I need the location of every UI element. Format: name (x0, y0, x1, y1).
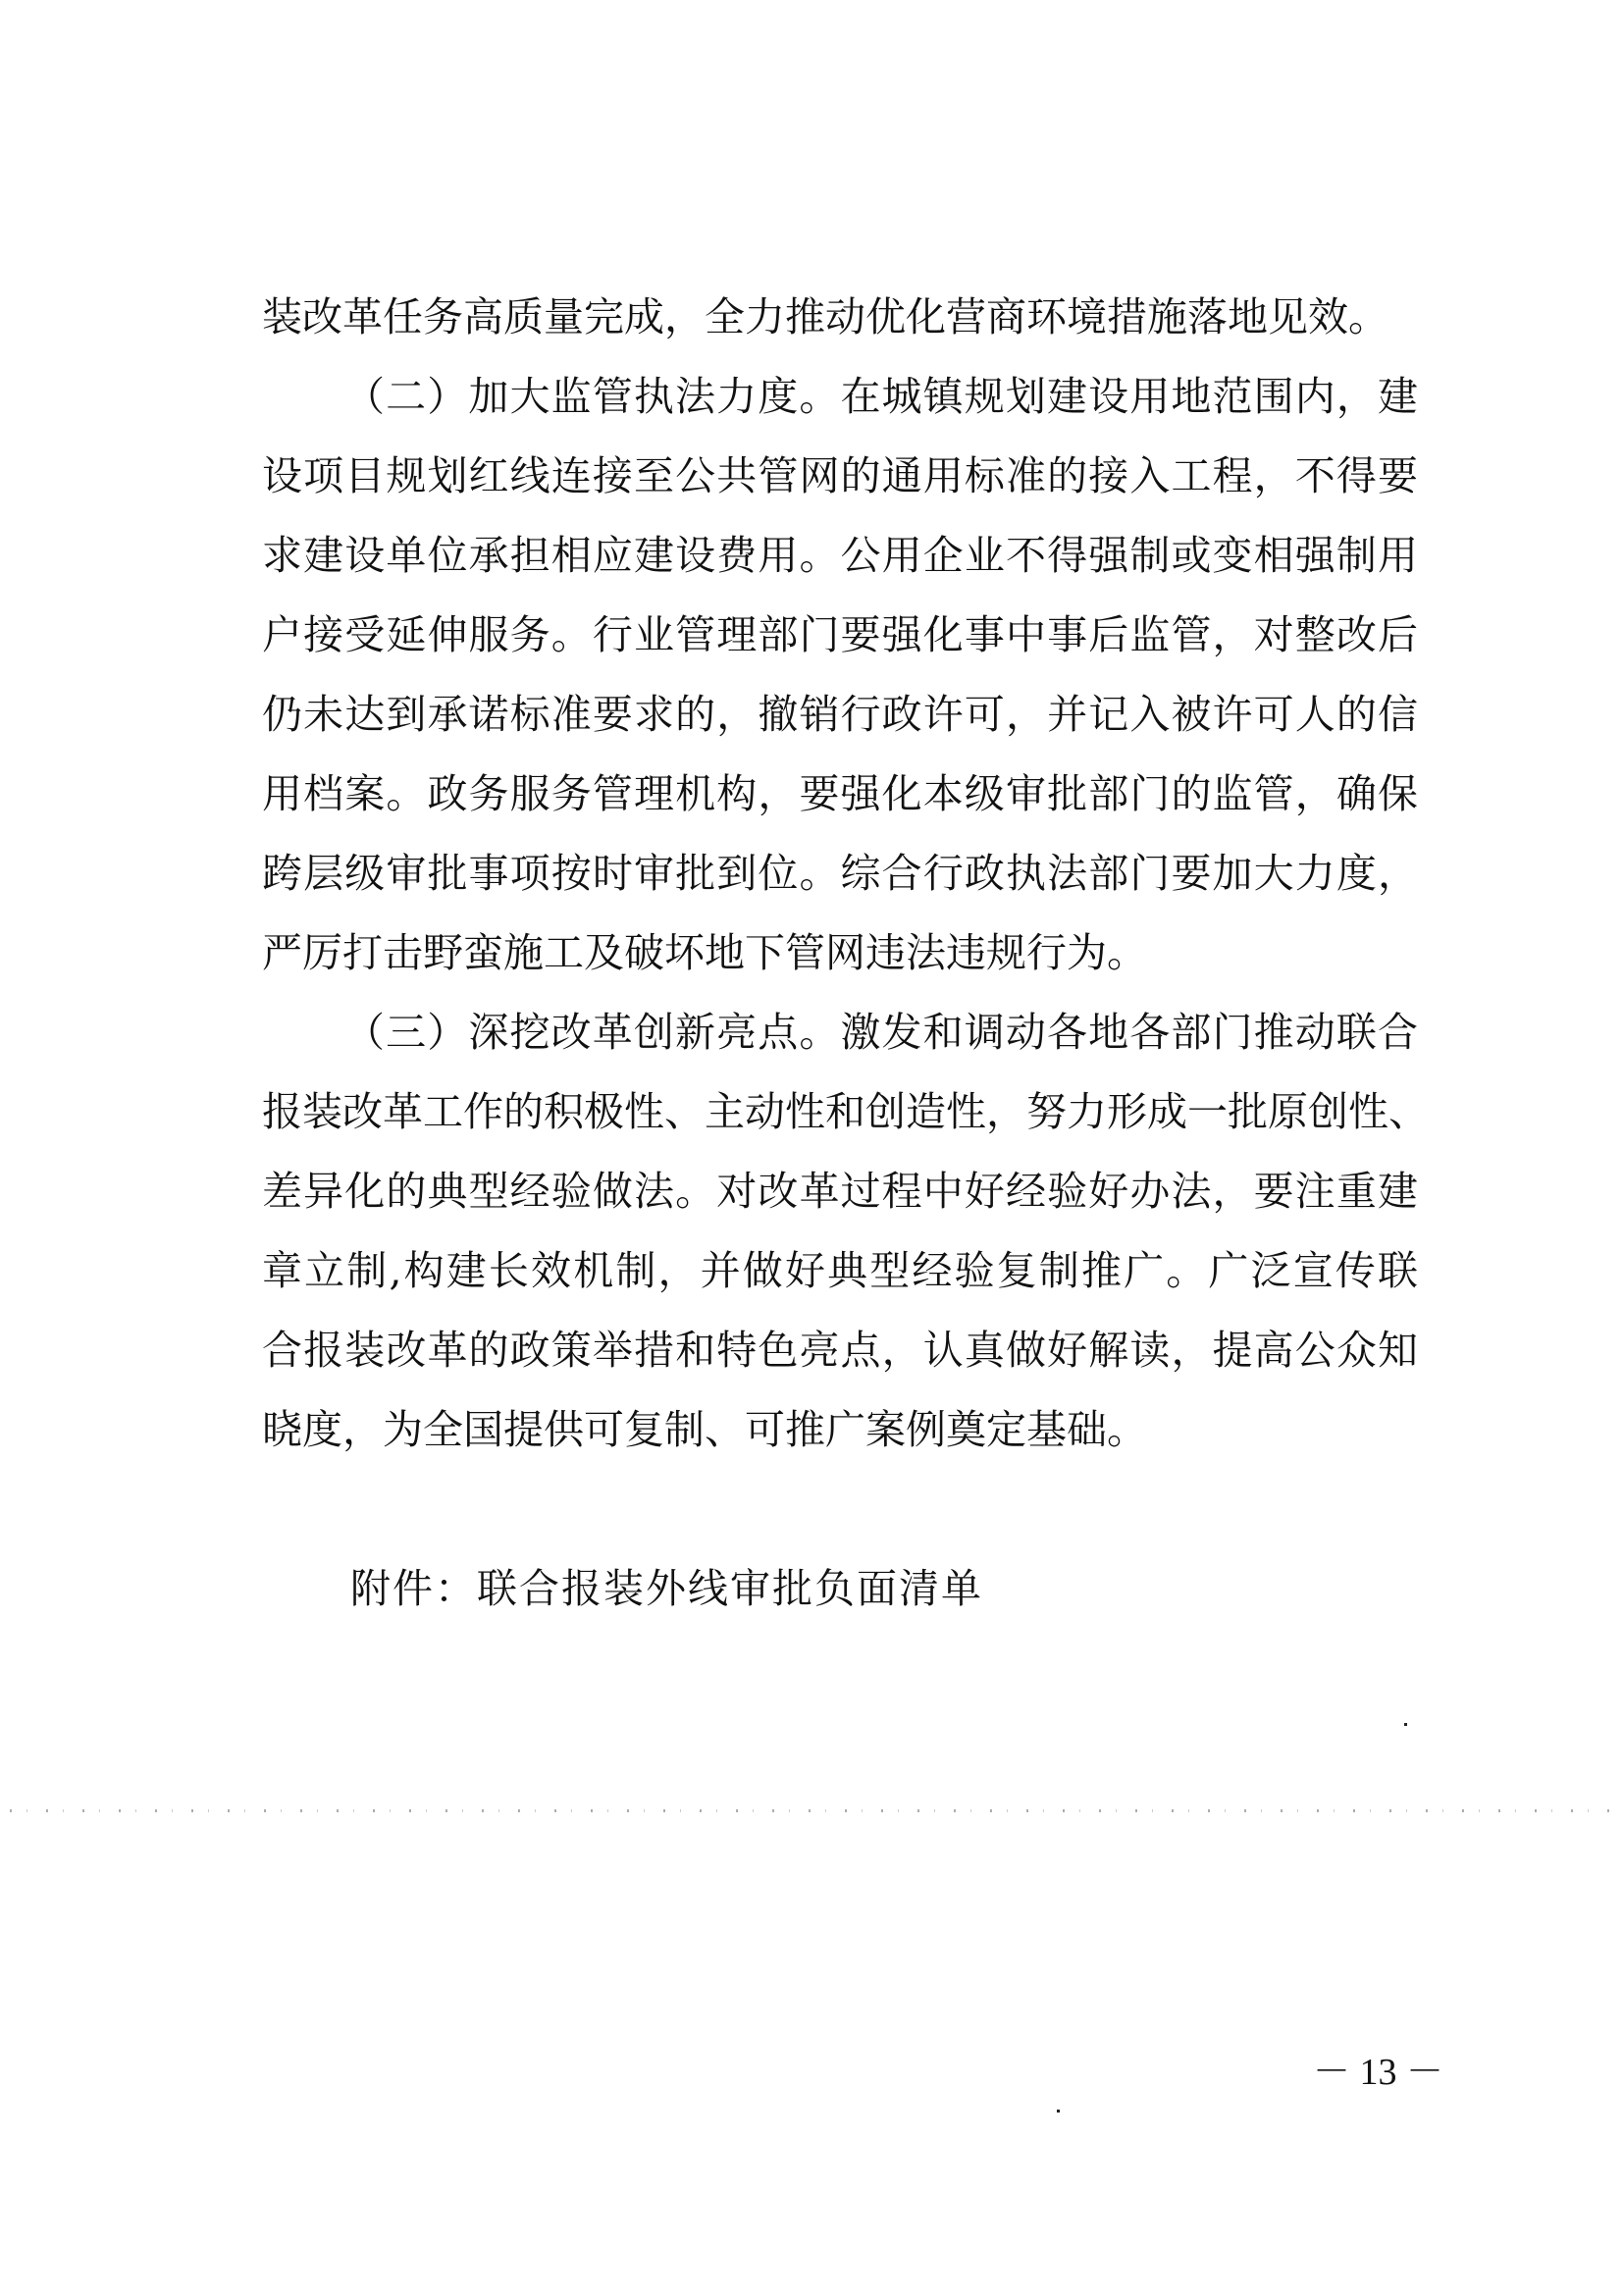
section-2-line: 严厉打击野蛮施工及破坏地下管网违法违规行为。 (262, 913, 1418, 993)
section-3-line: 报装改革工作的积极性、主动性和创造性，努力形成一批原创性、 (262, 1072, 1418, 1152)
section-3-heading-line: （三）深挖改革创新亮点。激发和调动各地各部门推动联合 (262, 993, 1418, 1072)
section-2-line: 户接受延伸服务。行业管理部门要强化事中事后监管，对整改后 (262, 596, 1418, 675)
section-3-line: 合报装改革的政策举措和特色亮点，认真做好解读，提高公众知 (262, 1311, 1418, 1390)
scan-noise-dot (1404, 1723, 1407, 1726)
document-page: 装改革任务高质量完成，全力推动优化营商环境措施落地见效。 （二）加大监管执法力度… (0, 0, 1623, 2296)
scan-noise-dot (1057, 2110, 1060, 2113)
section-3-line: 章立制,构建长效机制，并做好典型经验复制推广。广泛宣传联 (262, 1231, 1418, 1311)
section-3-line: 差异化的典型经验做法。对改革过程中好经验好办法，要注重建 (262, 1152, 1418, 1231)
section-2-line: 求建设单位承担相应建设费用。公用企业不得强制或变相强制用 (262, 516, 1418, 596)
section-2-line: 设项目规划红线连接至公共管网的通用标准的接入工程，不得要 (262, 437, 1418, 516)
section-2-heading-line: （二）加大监管执法力度。在城镇规划建设用地范围内，建 (262, 357, 1418, 437)
scan-artifact-divider (10, 1809, 1613, 1812)
paragraph-continuation-line: 装改革任务高质量完成，全力推动优化营商环境措施落地见效。 (262, 278, 1418, 357)
section-3-line: 晓度，为全国提供可复制、可推广案例奠定基础。 (262, 1390, 1418, 1470)
page-number: － 13 － (1313, 2049, 1431, 2096)
section-2-line: 跨层级审批事项按时审批到位。综合行政执法部门要加大力度， (262, 834, 1418, 913)
blank-line (262, 1470, 1418, 1549)
attachment-note: 附件：联合报装外线审批负面清单 (262, 1549, 1418, 1629)
body-text: 装改革任务高质量完成，全力推动优化营商环境措施落地见效。 （二）加大监管执法力度… (262, 278, 1418, 1629)
section-2-line: 用档案。政务服务管理机构，要强化本级审批部门的监管，确保 (262, 755, 1418, 834)
section-2-line: 仍未达到承诺标准要求的，撤销行政许可，并记入被许可人的信 (262, 675, 1418, 755)
